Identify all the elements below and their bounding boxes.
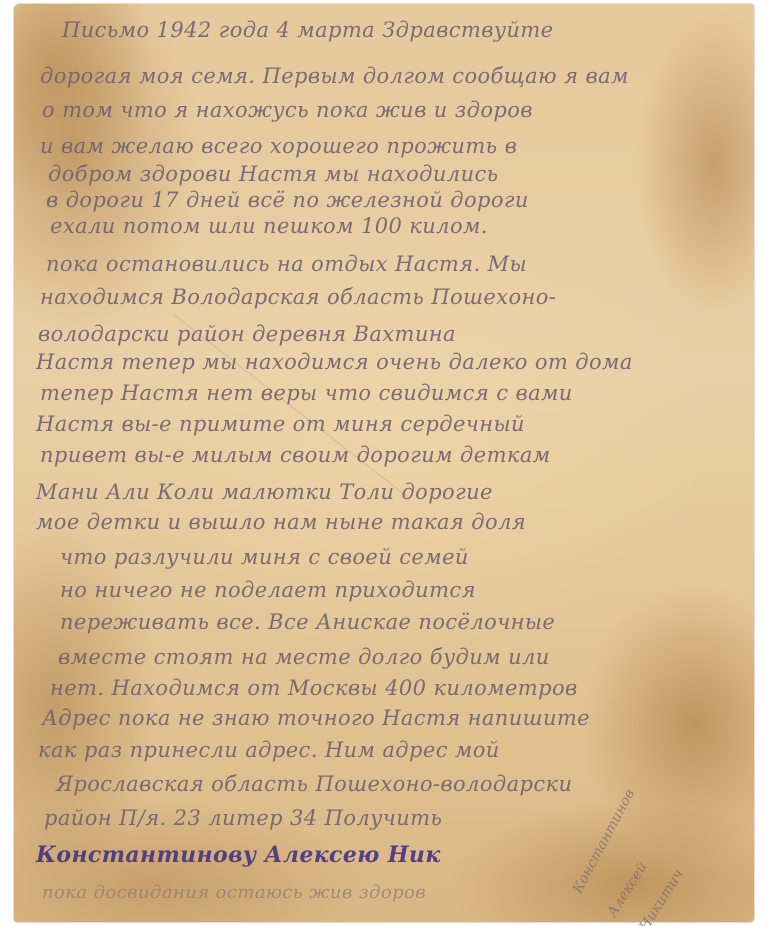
letter-line: Адрес пока не знаю точного Настя напишит… — [42, 706, 590, 730]
letter-line: привет вы-е милым своим дорогим деткам — [40, 443, 551, 467]
letter-line: Настя вы-е примите от миня сердечный — [36, 412, 525, 436]
letter-line: что разлучили миня с своей семей — [60, 545, 469, 569]
letter-line: володарски район деревня Вахтина — [38, 322, 456, 346]
letter-line: дорогая моя семя. Первым долгом сообщаю … — [40, 64, 629, 88]
letter-line: нет. Находимся от Москвы 400 километров — [50, 676, 578, 700]
letter-line: как раз принесли адрес. Ним адрес мой — [38, 738, 500, 762]
letter-line: о том что я нахожусь пока жив и здоров — [42, 98, 533, 122]
letter-line: Настя тепер мы находимся очень далеко от… — [36, 350, 633, 374]
letter-line: в дороги 17 дней всё по железной дороги — [46, 188, 529, 212]
letter-line: ехали потом шли пешком 100 килом. — [50, 214, 488, 238]
letter-line-date: Письмо 1942 года 4 марта Здравствуйте — [62, 18, 553, 42]
letter-line: находимся Володарская область Пошехоно- — [40, 285, 556, 309]
letter-line-address: Ярославская область Пошехоно-володарски — [56, 772, 572, 796]
letter-closing-line: пока досвидания остаюсь жив здоров — [42, 882, 426, 903]
recipient-name-ink: Константинову Алексею Ник — [36, 842, 441, 868]
letter-line: пока остановились на отдых Настя. Мы — [46, 252, 527, 276]
letter-line: переживать все. Все Анискае посёлочные — [60, 610, 555, 634]
letter-line-address: район П/я. 23 литер 34 Получить — [44, 806, 442, 830]
letter-line: мое детки и вышло нам ныне такая доля — [36, 510, 526, 534]
letter-line: и вам желаю всего хорошего прожить в — [40, 134, 517, 158]
letter-line: Мани Али Коли малютки Толи дорогие — [36, 480, 493, 504]
letter-line: но ничего не поделает приходится — [60, 578, 476, 602]
letter-line: тепер Настя нет веры что свидимся с вами — [40, 381, 573, 405]
letter-line: добром здорови Настя мы находились — [48, 162, 499, 186]
letter-line: вместе стоят на месте долго будим или — [58, 645, 550, 669]
